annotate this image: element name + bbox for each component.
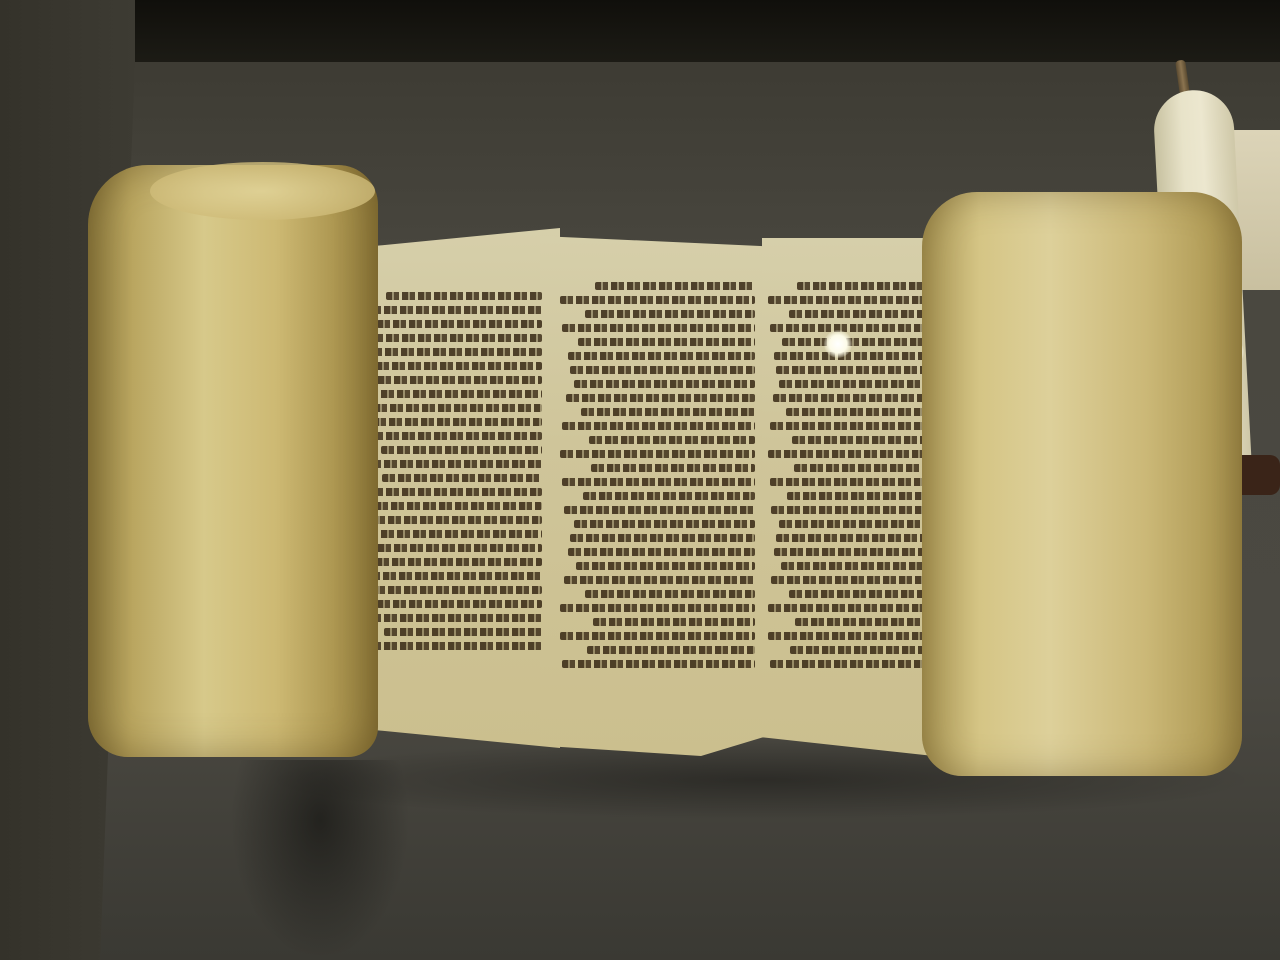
text-line (560, 296, 755, 304)
text-line (560, 604, 755, 612)
text-line (771, 506, 928, 514)
text-line (797, 282, 928, 290)
text-line (774, 548, 928, 556)
text-line (768, 296, 928, 304)
text-line (382, 474, 542, 482)
text-line (354, 432, 542, 440)
text-line (585, 590, 755, 598)
text-line (771, 576, 928, 584)
text-line (795, 618, 928, 626)
text-line (377, 600, 542, 608)
text-line (773, 394, 928, 402)
glass-glare-spot (824, 330, 852, 358)
text-line (781, 562, 928, 570)
text-line (562, 660, 755, 668)
text-line (365, 390, 542, 398)
text-line (779, 520, 928, 528)
text-line (362, 544, 543, 552)
text-line (779, 380, 928, 388)
text-line (564, 576, 755, 584)
text-line (386, 292, 542, 300)
text-line (595, 282, 755, 290)
text-line (352, 460, 542, 468)
text-line (360, 558, 542, 566)
text-line (562, 478, 755, 486)
text-line (570, 534, 755, 542)
text-line (585, 310, 755, 318)
text-line (356, 586, 542, 594)
text-line (375, 502, 542, 510)
hebrew-text-lines-1 (352, 292, 542, 650)
text-line (365, 530, 542, 538)
text-line (774, 352, 928, 360)
text-line (560, 632, 755, 640)
museum-scene: Open antique Torah scroll on parchment d… (0, 0, 1280, 960)
text-line (381, 446, 543, 454)
text-line (369, 348, 542, 356)
text-line (574, 520, 755, 528)
text-line (782, 338, 928, 346)
hebrew-text-lines-2 (560, 282, 755, 668)
text-line (792, 436, 928, 444)
text-line (352, 614, 542, 622)
text-line (356, 516, 542, 524)
text-line (367, 572, 542, 580)
text-line (354, 334, 542, 342)
text-line (570, 366, 755, 374)
text-line (591, 464, 755, 472)
text-line (574, 380, 755, 388)
text-line (768, 632, 928, 640)
text-line (354, 488, 542, 496)
text-line (583, 492, 755, 500)
text-line (776, 534, 928, 542)
text-line (384, 628, 542, 636)
text-line (789, 310, 928, 318)
text-line (352, 642, 542, 650)
text-line (578, 338, 755, 346)
text-line (576, 562, 755, 570)
text-line (566, 394, 755, 402)
text-line (562, 422, 755, 430)
text-line (373, 418, 542, 426)
text-line (789, 590, 928, 598)
text-line (776, 366, 928, 374)
left-roll-top-edge (150, 162, 375, 220)
text-line (794, 464, 928, 472)
text-line (770, 660, 928, 668)
display-case-top (0, 0, 1280, 62)
text-line (564, 506, 755, 514)
text-line (790, 646, 928, 654)
text-line (352, 306, 542, 314)
text-line (587, 646, 755, 654)
text-line (787, 492, 928, 500)
text-line (768, 450, 928, 458)
right-rolled-end (922, 192, 1242, 776)
text-line (770, 422, 928, 430)
text-line (770, 478, 928, 486)
text-line (568, 352, 755, 360)
text-line (560, 450, 755, 458)
text-line (581, 408, 755, 416)
text-line (562, 324, 755, 332)
text-line (589, 436, 755, 444)
text-line (768, 604, 928, 612)
text-line (770, 324, 928, 332)
text-line (360, 362, 542, 370)
text-line (593, 618, 755, 626)
text-line (568, 548, 755, 556)
text-line (362, 376, 543, 384)
reflection-shadow (230, 760, 410, 960)
text-line (786, 408, 928, 416)
text-line (358, 404, 542, 412)
text-line (377, 320, 542, 328)
left-rolled-end (88, 165, 378, 757)
